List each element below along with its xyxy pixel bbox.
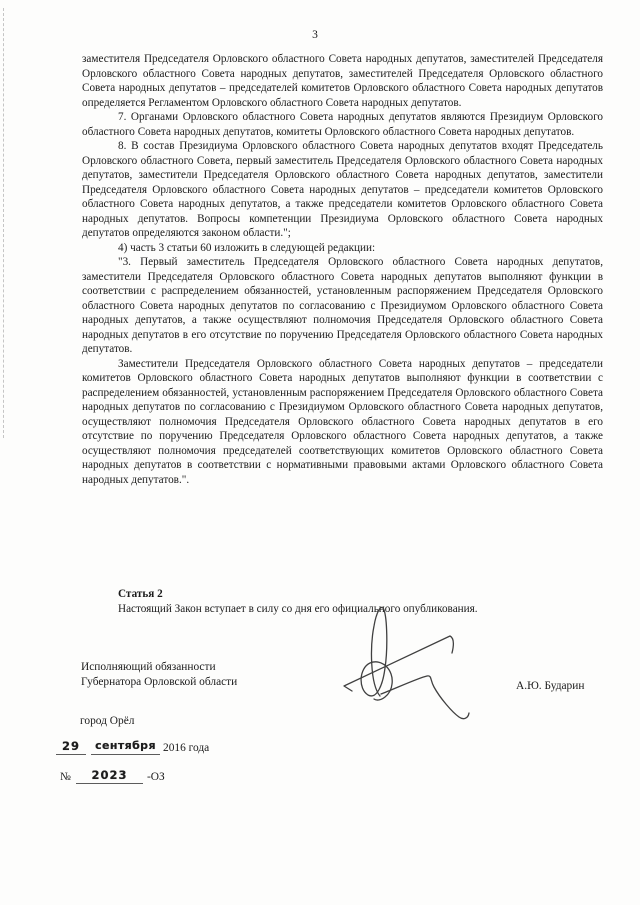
date-month-stamp: сентября <box>95 739 156 752</box>
number-stamp: 2023 <box>91 768 127 782</box>
paragraph-part-3-second: Заместители Председателя Орловского обла… <box>82 357 603 488</box>
paragraph-item-7: 7. Органами Орловского областного Совета… <box>82 110 603 139</box>
number-sign: № <box>60 771 71 783</box>
date-year: 2016 года <box>163 742 209 754</box>
number-blank: 2023 <box>76 768 143 784</box>
signatory-title-line2: Губернатора Орловской области <box>81 675 237 690</box>
scanned-law-page: 3 заместителя Председателя Орловского об… <box>0 0 640 905</box>
paragraph-item-8: 8. В состав Президиума Орловского област… <box>82 139 603 241</box>
paragraph-continuation: заместителя Председателя Орловского обла… <box>82 52 603 110</box>
page-number: 3 <box>280 29 350 41</box>
number-suffix: -ОЗ <box>147 771 165 783</box>
law-amendment-text-block: заместителя Председателя Орловского обла… <box>82 52 603 487</box>
date-day-blank: 29 <box>56 739 86 755</box>
signatory-title-line1: Исполняющий обязанности <box>81 660 237 675</box>
paragraph-part-3-first: "3. Первый заместитель Председателя Орло… <box>82 255 603 357</box>
date-month-blank: сентября <box>91 739 160 755</box>
scan-edge-artifact <box>3 8 4 438</box>
handwritten-signature <box>330 596 480 736</box>
document-number-line: № 2023 -ОЗ <box>0 768 400 784</box>
signatory-name: А.Ю. Бударин <box>516 680 584 692</box>
date-line: 29 сентября 2016 года <box>0 739 400 755</box>
signatory-title: Исполняющий обязанности Губернатора Орло… <box>81 660 237 690</box>
city-line: город Орёл <box>80 715 134 727</box>
paragraph-subitem-4: 4) часть 3 статьи 60 изложить в следующе… <box>82 241 603 256</box>
date-day-stamp: 29 <box>62 739 80 753</box>
